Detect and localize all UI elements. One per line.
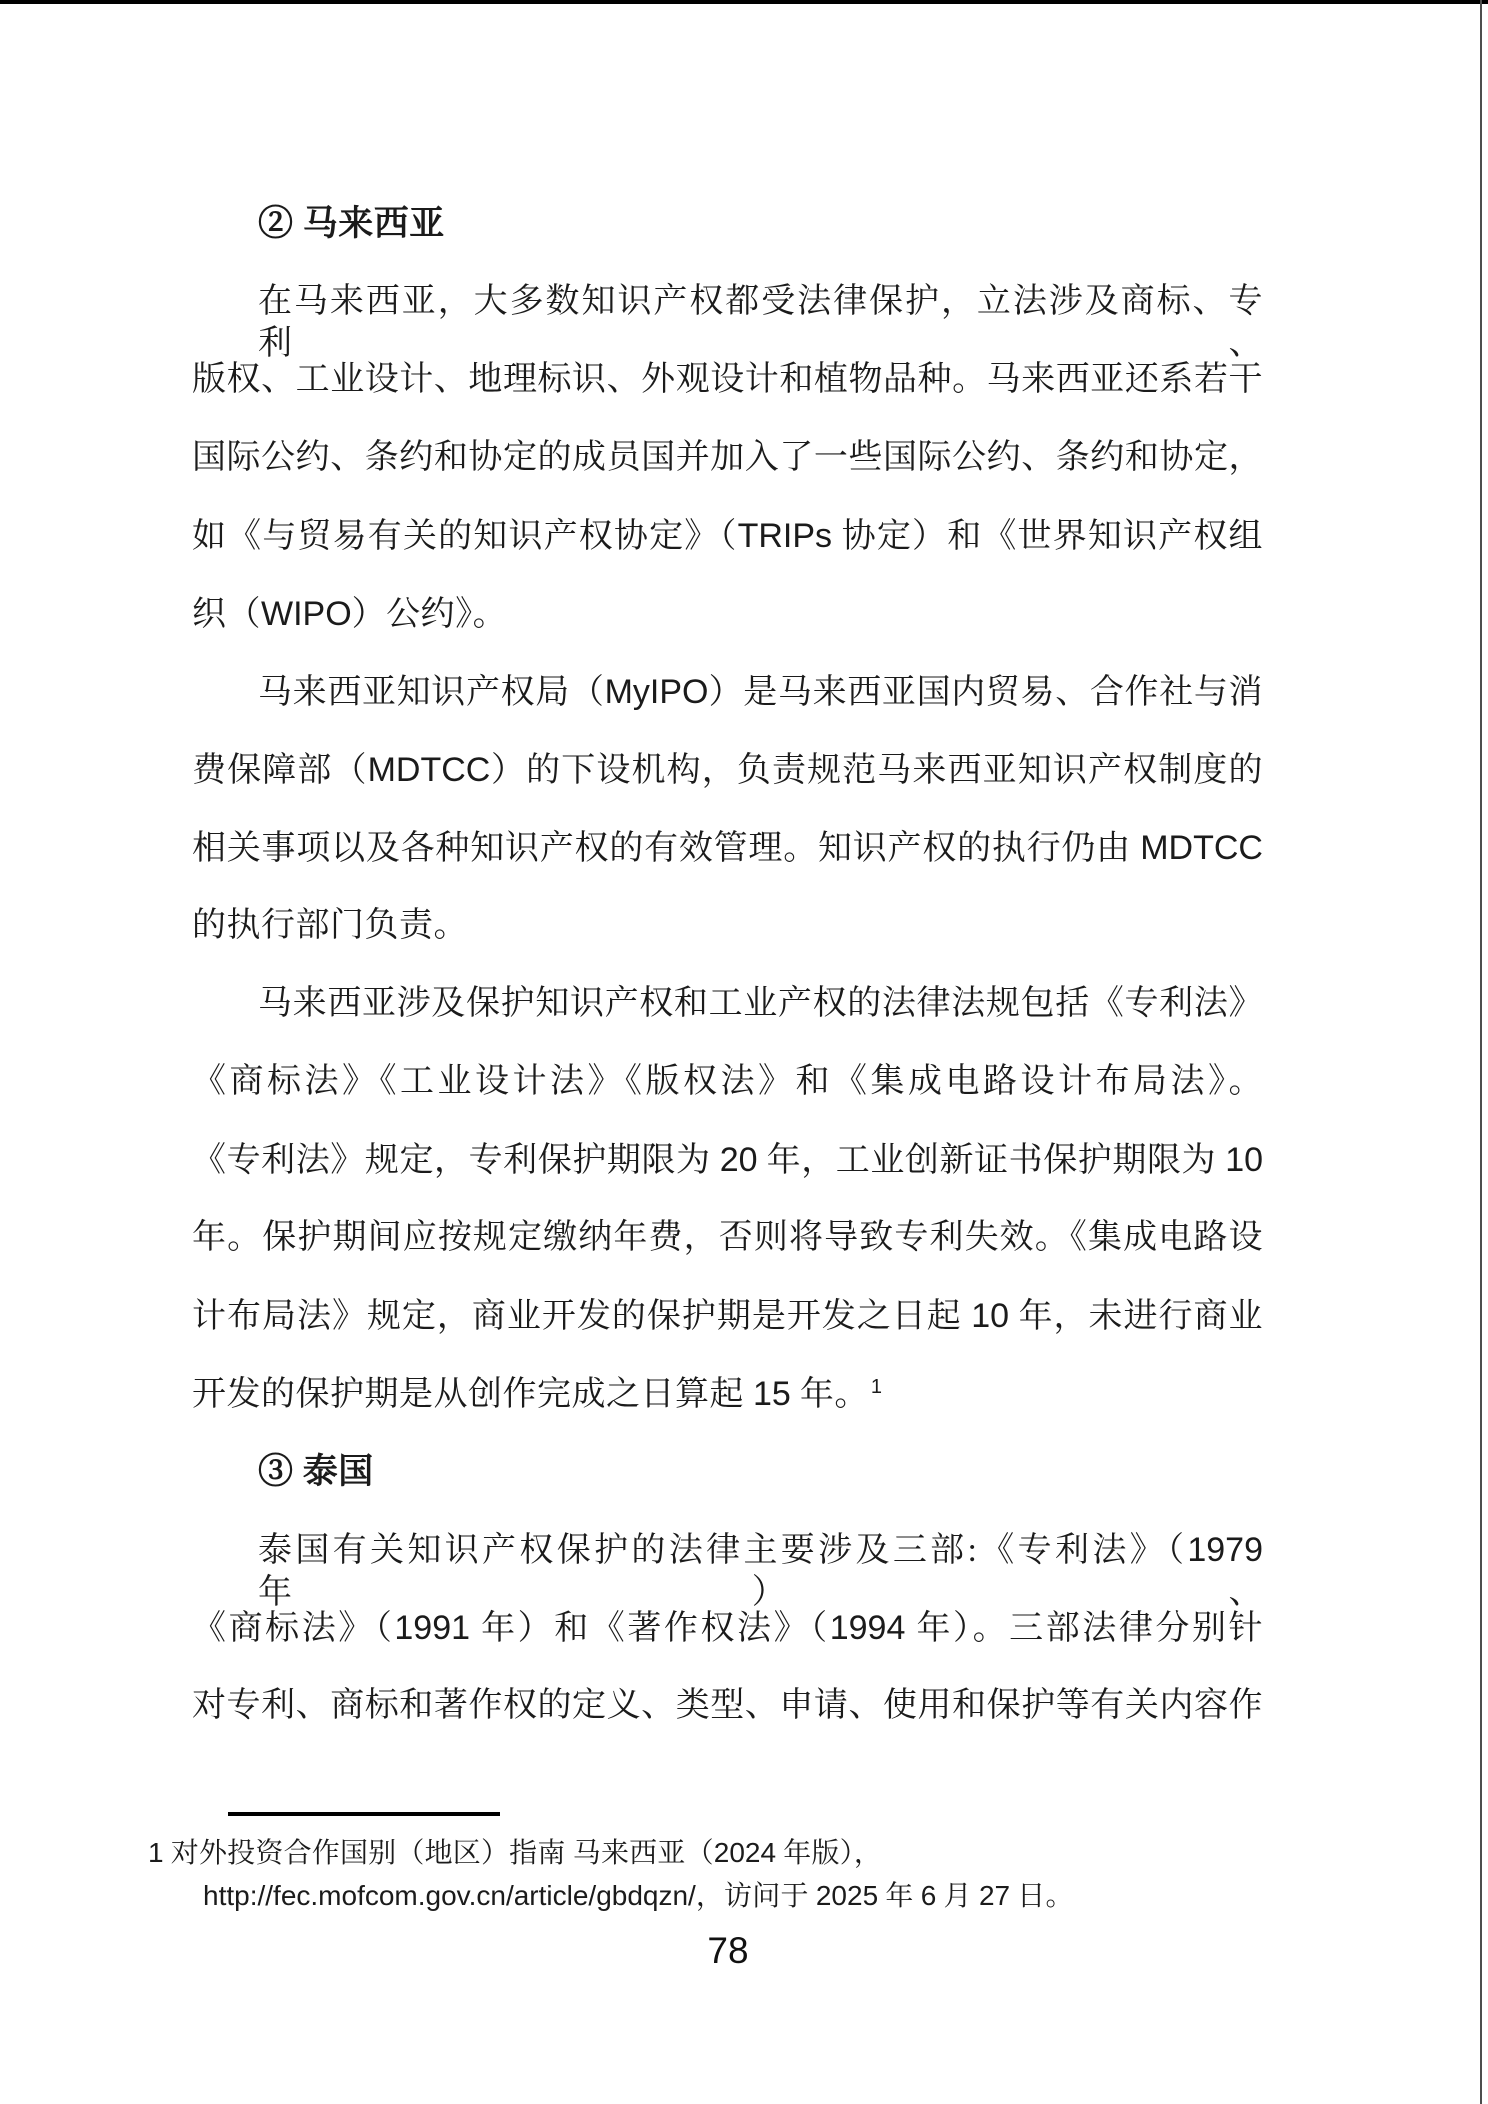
text-line: 《商标法》（1991 年）和《著作权法》（1994 年）。三部法律分别针 (192, 1607, 1263, 1685)
latin-text: 20 (720, 1141, 758, 1179)
latin-text: 1991 (394, 1609, 470, 1647)
top-border (0, 0, 1488, 4)
text-line: 对专利、商标和著作权的定义、类型、申请、使用和保护等有关内容作 (192, 1685, 1263, 1763)
text-line: 在马来西亚，大多数知识产权都受法律保护，立法涉及商标、专利、 (192, 281, 1263, 359)
latin-text: WIPO (261, 595, 352, 633)
latin-text: MDTCC (1140, 829, 1263, 867)
footnote-reference: 1 (871, 1376, 883, 1398)
footnote: 1 对外投资合作国别（地区）指南 马来西亚（2024 年版），http://fe… (148, 1835, 1268, 1921)
document-body: ② 马来西亚在马来西亚，大多数知识产权都受法律保护，立法涉及商标、专利、版权、工… (192, 203, 1263, 1763)
latin-text: 1994 (830, 1609, 906, 1647)
latin-text: 2024 (714, 1837, 776, 1868)
text-line: 《商标法》《工业设计法》《版权法》和《集成电路设计布局法》。 (192, 1061, 1263, 1139)
latin-text: http://fec.mofcom.gov.cn/article/gbdqzn/ (203, 1880, 696, 1911)
latin-text: 10 (1225, 1141, 1263, 1179)
latin-text: 1979 (1187, 1531, 1263, 1569)
text-line: 织（WIPO）公约》。 (192, 593, 1263, 671)
text-line: 国际公约、条约和协定的成员国并加入了一些国际公约、条约和协定， (192, 437, 1263, 515)
text-line: 计布局法》规定，商业开发的保护期是开发之日起 10 年，未进行商业 (192, 1295, 1263, 1373)
text-line: 《专利法》规定，专利保护期限为 20 年，工业创新证书保护期限为 10 (192, 1139, 1263, 1217)
text-line: 的执行部门负责。 (192, 905, 1263, 983)
section-heading: ② 马来西亚 (192, 203, 1263, 281)
latin-text: 27 (979, 1880, 1010, 1911)
text-line: 相关事项以及各种知识产权的有效管理。知识产权的执行仍由 MDTCC (192, 827, 1263, 905)
latin-text: TRIPs (738, 517, 832, 555)
text-line: 费保障部（MDTCC）的下设机构，负责规范马来西亚知识产权制度的 (192, 749, 1263, 827)
latin-text: MDTCC (368, 751, 491, 789)
right-border (1480, 0, 1482, 2104)
text-line: 开发的保护期是从创作完成之日算起 15 年。1 (192, 1373, 1263, 1451)
latin-text: MyIPO (605, 673, 709, 711)
section-heading: ③ 泰国 (192, 1451, 1263, 1529)
text-line: http://fec.mofcom.gov.cn/article/gbdqzn/… (148, 1878, 1268, 1921)
text-line: 马来西亚涉及保护知识产权和工业产权的法律法规包括《专利法》 (192, 983, 1263, 1061)
text-line: 泰国有关知识产权保护的法律主要涉及三部:《专利法》（1979年）、 (192, 1529, 1263, 1607)
text-line: 年。保护期间应按规定缴纳年费，否则将导致专利失效。《集成电路设 (192, 1217, 1263, 1295)
latin-text: 10 (971, 1297, 1009, 1335)
text-line: 马来西亚知识产权局（MyIPO）是马来西亚国内贸易、合作社与消 (192, 671, 1263, 749)
page-number: 78 (678, 1930, 778, 1972)
latin-text: 2025 (816, 1880, 878, 1911)
text-line: 版权、工业设计、地理标识、外观设计和植物品种。马来西亚还系若干 (192, 359, 1263, 437)
latin-text: 15 (753, 1375, 791, 1413)
footnote-divider (228, 1812, 500, 1816)
document-page: ② 马来西亚在马来西亚，大多数知识产权都受法律保护，立法涉及商标、专利、版权、工… (0, 0, 1488, 2104)
text-line: 如《与贸易有关的知识产权协定》（TRIPs 协定）和《世界知识产权组 (192, 515, 1263, 593)
latin-text: 1 (148, 1837, 164, 1868)
text-line: 1 对外投资合作国别（地区）指南 马来西亚（2024 年版）， (148, 1835, 1268, 1878)
latin-text: 6 (921, 1880, 937, 1911)
